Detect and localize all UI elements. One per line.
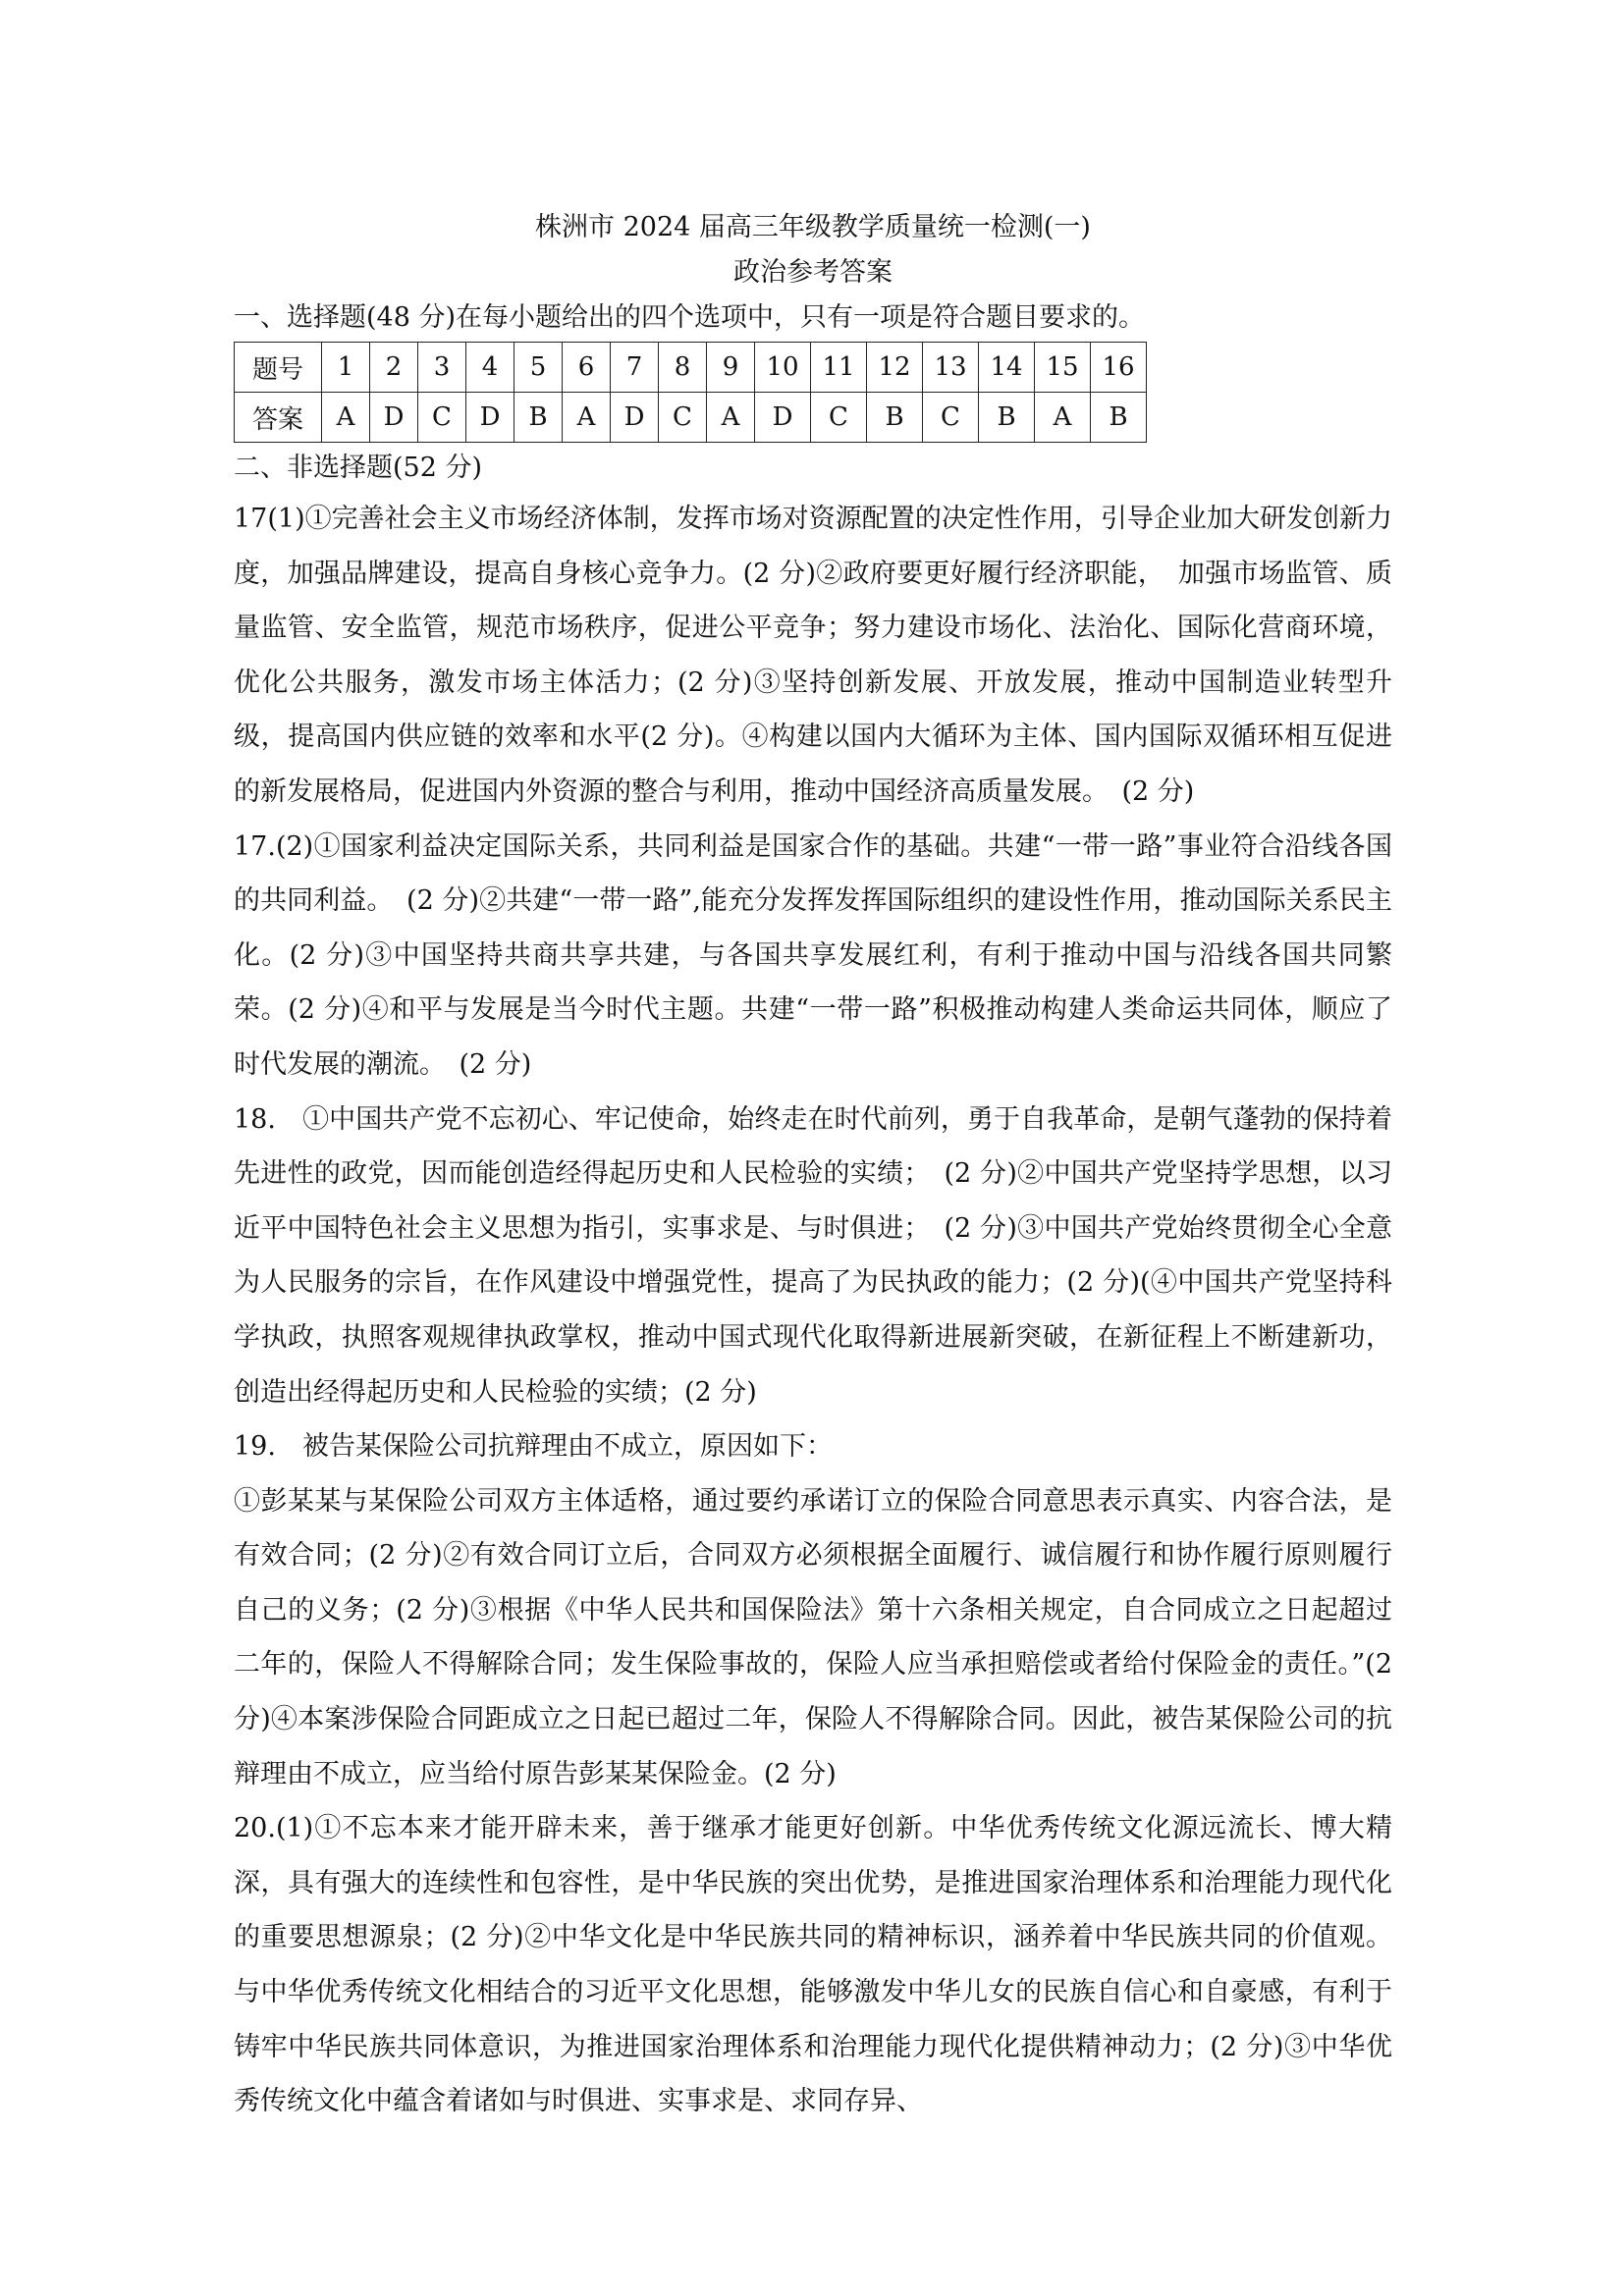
answer-cell: C: [923, 393, 979, 443]
document-title: 株洲市 2024 届高三年级教学质量统一检测(一): [234, 208, 1392, 247]
question-number: 15: [1035, 343, 1091, 393]
answer-cell: C: [811, 393, 867, 443]
document-subtitle: 政治参考答案: [234, 253, 1392, 293]
question-number: 5: [514, 343, 563, 393]
answer-cell: B: [979, 393, 1035, 443]
question-number: 9: [707, 343, 755, 393]
answer-cell: D: [755, 393, 811, 443]
question-number-row: 题号 1 2 3 4 5 6 7 8 9 10 11 12 13 14 15 1…: [235, 343, 1147, 393]
answer-cell: A: [707, 393, 755, 443]
question-number: 11: [811, 343, 867, 393]
question-number: 6: [563, 343, 611, 393]
answer-cell: A: [1035, 393, 1091, 443]
answer-19-intro: 19. 被告某保险公司抗辩理由不成立，原因如下：: [234, 1419, 1392, 1474]
answer-cell: D: [370, 393, 418, 443]
answer-cell: B: [867, 393, 923, 443]
answer-cell: B: [514, 393, 563, 443]
answer-17-2: 17.(2)①国家利益决定国际关系，共同利益是国家合作的基础。共建“一带一路”事…: [234, 820, 1392, 1093]
answer-18: 18. ①中国共产党不忘初心、牢记使命，始终走在时代前列，勇于自我革命，是朝气蓬…: [234, 1093, 1392, 1420]
question-number: 2: [370, 343, 418, 393]
answer-cell: A: [322, 393, 370, 443]
answer-table: 题号 1 2 3 4 5 6 7 8 9 10 11 12 13 14 15 1…: [234, 342, 1147, 443]
question-number: 10: [755, 343, 811, 393]
answer-17-1: 17(1)①完善社会主义市场经济体制，发挥市场对资源配置的决定性作用，引导企业加…: [234, 492, 1392, 820]
question-number: 1: [322, 343, 370, 393]
answer-cell: D: [611, 393, 659, 443]
answer-row: 答案 A D C D B A D C A D C B C B A B: [235, 393, 1147, 443]
section-1-heading: 一、选择题(48 分)在每小题给出的四个选项中，只有一项是符合题目要求的。: [234, 298, 1392, 338]
answer-cell: B: [1091, 393, 1147, 443]
question-number: 8: [659, 343, 707, 393]
row-header: 题号: [235, 343, 322, 393]
answer-document: 株洲市 2024 届高三年级教学质量统一检测(一) 政治参考答案 一、选择题(4…: [234, 208, 1392, 2129]
answer-cell: D: [466, 393, 514, 443]
question-number: 16: [1091, 343, 1147, 393]
answer-cell: C: [418, 393, 466, 443]
section-2-heading: 二、非选择题(52 分): [234, 449, 1392, 488]
answer-cell: A: [563, 393, 611, 443]
question-number: 12: [867, 343, 923, 393]
row-header: 答案: [235, 393, 322, 443]
question-number: 7: [611, 343, 659, 393]
question-number: 3: [418, 343, 466, 393]
question-number: 4: [466, 343, 514, 393]
answer-19-body: ①彭某某与某保险公司双方主体适格，通过要约承诺订立的保险合同意思表示真实、内容合…: [234, 1474, 1392, 1802]
answer-cell: C: [659, 393, 707, 443]
answer-20-1: 20.(1)①不忘本来才能开辟未来，善于继承才能更好创新。中华优秀传统文化源远流…: [234, 1801, 1392, 2129]
question-number: 14: [979, 343, 1035, 393]
question-number: 13: [923, 343, 979, 393]
